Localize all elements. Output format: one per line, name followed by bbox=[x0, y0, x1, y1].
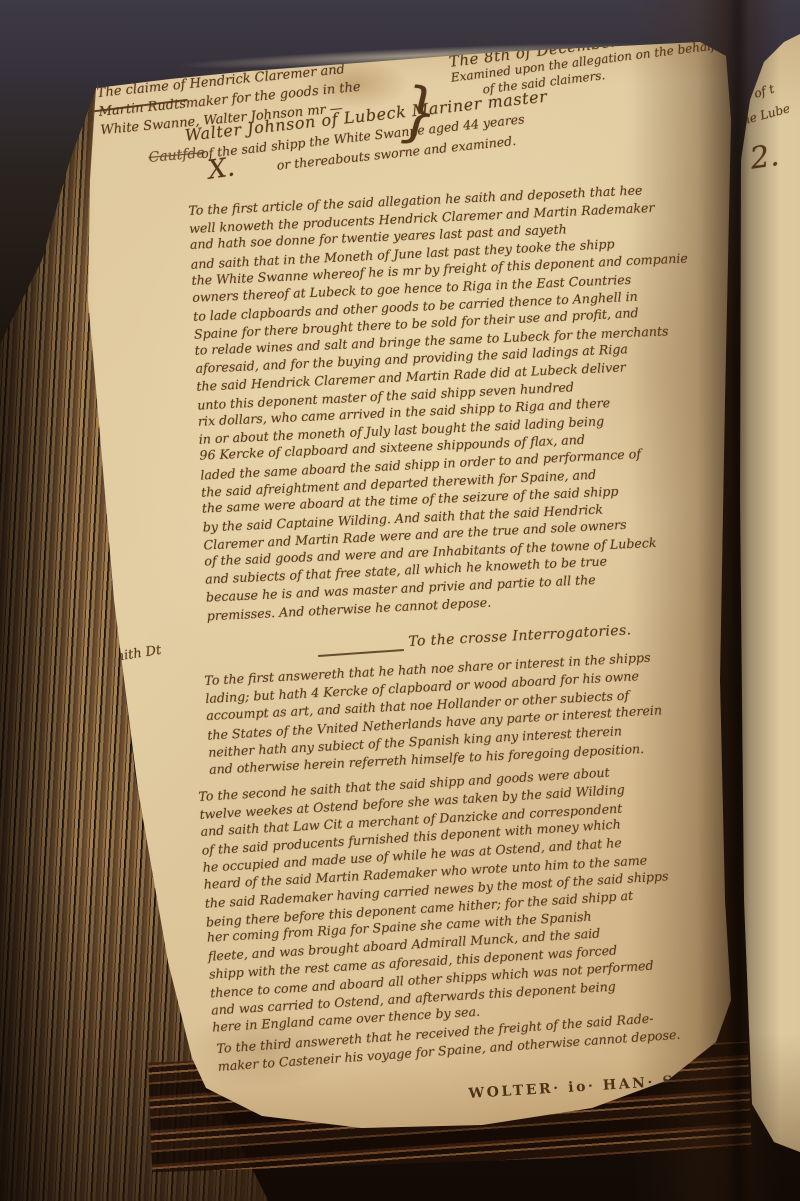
answer-second-interrogatory: To the second he saith that the said shi… bbox=[198, 760, 676, 1036]
next-page-text-fragment: se of t bbox=[736, 82, 776, 106]
cross-interrogatories-heading: To the crosse Interrogatories. bbox=[408, 622, 632, 650]
manuscript-photo: The claime of Hendrick Claremer andMarti… bbox=[0, 0, 800, 1201]
next-page-flourish: 2. bbox=[748, 138, 781, 177]
answer-first-interrogatory: To the first answereth that he hath noe … bbox=[204, 648, 664, 780]
deposition-paragraph: To the first article of the said allegat… bbox=[188, 179, 703, 623]
next-page-text-fragment: nne Lube bbox=[733, 101, 792, 129]
heading-dash-flourish bbox=[318, 649, 404, 657]
